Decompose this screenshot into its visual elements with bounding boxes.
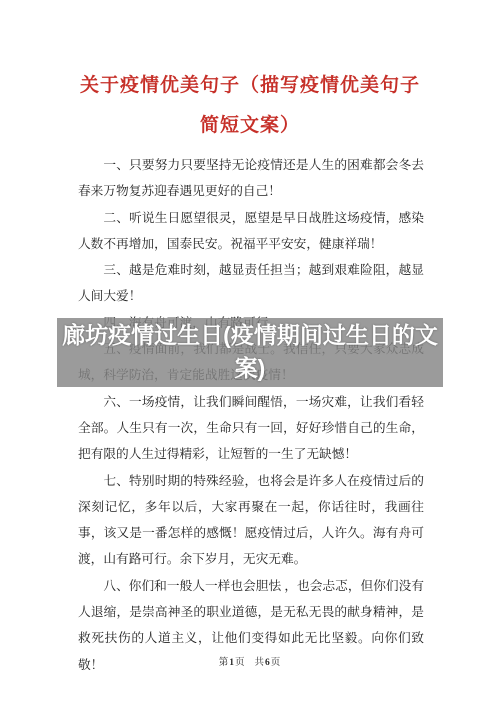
paragraph: 一、只要努力只要坚持无论疫情还是人生的困难都会冬去春来万物复苏迎春遇见更好的自己…: [78, 152, 424, 205]
footer-label-di: 第: [219, 658, 230, 668]
page-footer: 第1页共6页: [0, 654, 500, 668]
document-page: 关于疫情优美句子（描写疫情优美句子简短文案） 一、只要努力只要坚持无论疫情还是人…: [0, 0, 500, 706]
footer-label-gong: 共: [255, 658, 266, 668]
paragraph: 六、一场疫情，让我们瞬间醒悟，一场灾难，让我们看轻全部。人生只有一次，生命只有一…: [78, 389, 424, 468]
paragraph: 三、越是危难时刻，越显责任担当；越到艰难险阻，越显人间大爱！: [78, 257, 424, 310]
watermark-banner: 廊坊疫情过生日(疫情期间过生日的文案): [57, 318, 443, 387]
footer-label-ye-1: 页: [235, 658, 246, 668]
paragraph: 二、听说生日愿望很灵，愿望是早日战胜这场疫情，感染人数不再增加，国泰民安。祝福平…: [78, 205, 424, 258]
document-title: 关于疫情优美句子（描写疫情优美句子简短文案）: [0, 0, 500, 146]
footer-label-ye-2: 页: [271, 658, 282, 668]
paragraph: 七、特别时期的特殊经验，也将会是许多人在疫情过后的深刻记忆，多年以后，大家再聚在…: [78, 468, 424, 573]
watermark-text: 廊坊疫情过生日(疫情期间过生日的文案): [57, 319, 443, 385]
document-body: 一、只要努力只要坚持无论疫情还是人生的困难都会冬去春来万物复苏迎春遇见更好的自己…: [78, 152, 424, 678]
